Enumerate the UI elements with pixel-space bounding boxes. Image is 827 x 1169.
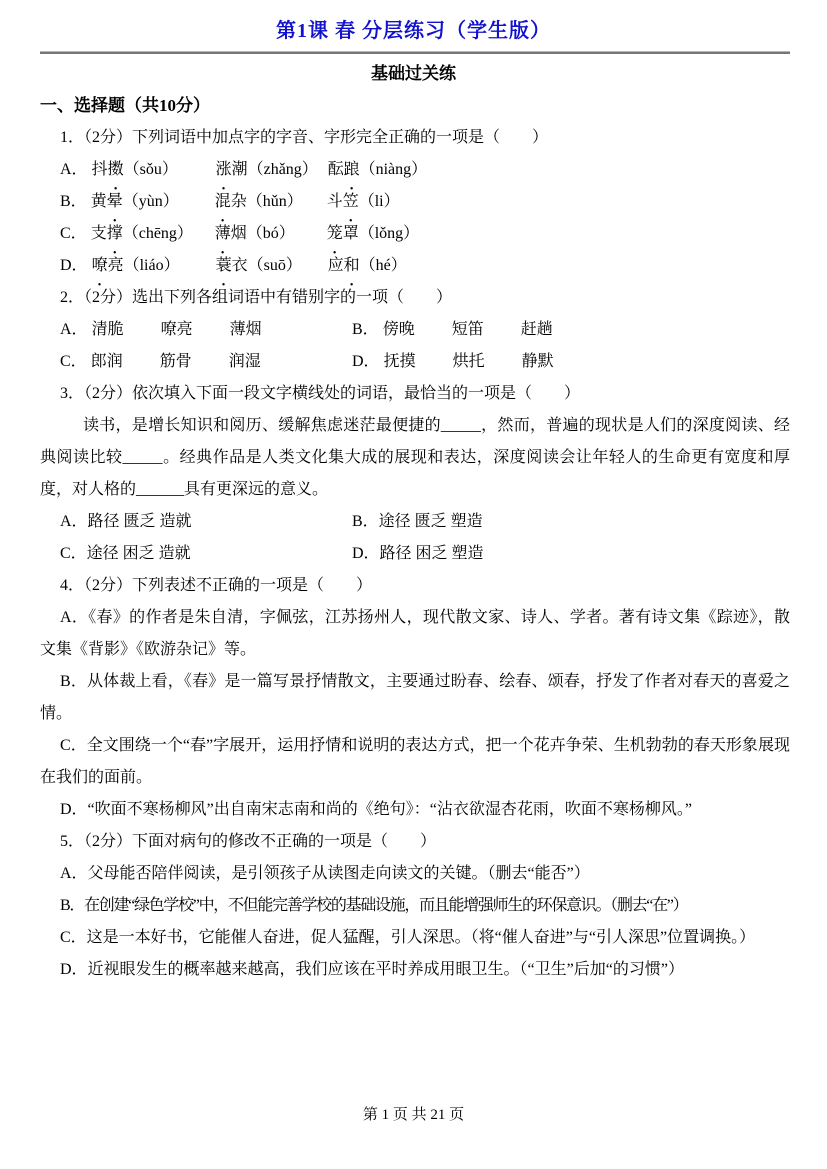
word: 筋骨 xyxy=(160,353,192,370)
question-5-stem: 5．（2分）下面对病句的修改不正确的一项是（ ） xyxy=(40,826,790,858)
pinyin: （niàng） xyxy=(360,161,428,178)
pinyin: （lǒng） xyxy=(359,225,419,242)
question-4: 4．（2分）下列表述不正确的一项是（ ） A．《春》的作者是朱自清，字佩弦，江苏… xyxy=(0,570,827,826)
pinyin: （suō） xyxy=(248,257,302,274)
pinyin: （hǔn） xyxy=(247,193,303,210)
pinyin: （sǒu） xyxy=(124,161,178,178)
option-a: A．抖擞（sǒu）涨潮（zhǎng）酝踉（niàng） xyxy=(40,154,790,186)
pinyin: （chēng） xyxy=(123,225,193,242)
question-2-row-1: A．清脆嘹亮薄烟 B．傍晚短笛赶趟 xyxy=(40,314,790,346)
dotted-char: 蓑 xyxy=(216,250,232,282)
option-a: A．《春》的作者是朱自清，字佩弦，江苏扬州人，现代散文家、诗人、学者。著有诗文集… xyxy=(40,602,790,666)
question-2-stem: 2．（2分）选出下列各组词语中有错别字的一项（ ） xyxy=(40,282,790,314)
option-b: B．在创建“绿色学校”中，不但能完善学校的基础设施，而且能增强师生的环保意识。（… xyxy=(40,890,790,922)
option-label: A． xyxy=(60,161,88,178)
word: 嘹亮 xyxy=(161,321,193,338)
option-label: D． xyxy=(352,353,380,370)
dotted-char: 薄 xyxy=(215,218,231,250)
option-a: A．清脆嘹亮薄烟 xyxy=(60,314,352,346)
option-label: C． xyxy=(60,225,87,242)
question-3: 3．（2分）依次填入下面一段文字横线处的词语，最恰当的一项是（ ） 读书，是增长… xyxy=(0,378,827,570)
section-heading: 基础过关练 xyxy=(0,58,827,90)
word-with-pinyin: 黄晕（yùn） xyxy=(91,186,215,218)
question-4-stem: 4．（2分）下列表述不正确的一项是（ ） xyxy=(40,570,790,602)
option-c: C．这是一本好书，它能催人奋进，促人猛醒，引人深思。（将“催人奋进”与“引人深思… xyxy=(40,922,790,954)
question-3-row-1: A．路径 匮乏 造就 B．途径 匮乏 塑造 xyxy=(40,506,790,538)
question-3-row-2: C．途径 困乏 造就 D．路径 困乏 塑造 xyxy=(40,538,790,570)
word: 赶趟 xyxy=(521,321,553,338)
dotted-char: 涨 xyxy=(216,154,232,186)
dotted-char: 晕 xyxy=(107,186,123,218)
word-with-pinyin: 笼罩（lǒng） xyxy=(327,218,419,250)
option-b: B．傍晚短笛赶趟 xyxy=(352,314,553,346)
word: 薄烟 xyxy=(230,321,262,338)
option-b: B．黄晕（yùn）混杂（hǔn）斗笠（li） xyxy=(40,186,790,218)
word-with-pinyin: 混杂（hǔn） xyxy=(215,186,327,218)
question-1-options: A．抖擞（sǒu）涨潮（zhǎng）酝踉（niàng）B．黄晕（yùn）混杂（h… xyxy=(0,154,827,282)
dotted-char: 笠 xyxy=(343,186,359,218)
question-5: 5．（2分）下面对病句的修改不正确的一项是（ ） A．父母能否陪伴阅读，是引领孩… xyxy=(0,826,827,986)
option-b: B．从体裁上看，《春》是一篇写景抒情散文，主要通过盼春、绘春、颂春，抒发了作者对… xyxy=(40,666,790,730)
word: 傍晚 xyxy=(383,321,415,338)
part-heading: 一、选择题（共10分） xyxy=(40,90,790,122)
option-c: C．支撑（chēng）薄烟（bó）笼罩（lǒng） xyxy=(40,218,790,250)
option-d: D．近视眼发生的概率越来越高，我们应该在平时养成用眼卫生。（“卫生”后加“的习惯… xyxy=(40,954,790,986)
word-with-pinyin: 抖擞（sǒu） xyxy=(92,154,216,186)
option-d: D．抚摸烘托静默 xyxy=(352,346,554,378)
word-with-pinyin: 薄烟（bó） xyxy=(215,218,327,250)
pinyin: （bó） xyxy=(247,225,295,242)
option-label: A． xyxy=(60,321,88,338)
page-footer: 第 1 页 共 21 页 xyxy=(0,1104,827,1126)
option-label: B． xyxy=(352,321,379,338)
option-a: A．父母能否陪伴阅读，是引领孩子从读图走向读文的关键。（删去“能否”） xyxy=(40,858,790,890)
question-3-passage: 读书，是增长知识和阅历、缓解焦虑迷茫最便捷的_____，然而，普遍的现状是人们的… xyxy=(40,410,790,506)
word-with-pinyin: 应和（hé） xyxy=(328,250,407,282)
question-3-stem: 3．（2分）依次填入下面一段文字横线处的词语，最恰当的一项是（ ） xyxy=(40,378,790,410)
question-1-stem: 1．（2分）下列词语中加点字的字音、字形完全正确的一项是（ ） xyxy=(40,122,790,154)
page-title: 第1课 春 分层练习（学生版） xyxy=(0,0,827,44)
word-with-pinyin: 支撑（chēng） xyxy=(91,218,215,250)
dotted-char: 和 xyxy=(344,250,360,282)
word-with-pinyin: 蓑衣（suō） xyxy=(216,250,328,282)
option-label: B． xyxy=(60,193,87,210)
option-b: B．途径 匮乏 塑造 xyxy=(352,506,483,538)
dotted-char: 嘹 xyxy=(92,250,108,282)
option-a: A．路径 匮乏 造就 xyxy=(60,506,352,538)
pinyin: （yùn） xyxy=(123,193,179,210)
question-2: 2．（2分）选出下列各组词语中有错别字的一项（ ） A．清脆嘹亮薄烟 B．傍晚短… xyxy=(0,282,827,378)
pinyin: （liáo） xyxy=(124,257,180,274)
word-with-pinyin: 嘹亮（liáo） xyxy=(92,250,216,282)
question-2-row-2: C．郎润筋骨润湿 D．抚摸烘托静默 xyxy=(40,346,790,378)
word: 抚摸 xyxy=(384,353,416,370)
question-1: 1．（2分）下列词语中加点字的字音、字形完全正确的一项是（ ） A．抖擞（sǒu… xyxy=(0,122,827,282)
pinyin: （hé） xyxy=(360,257,407,274)
option-c: C．途径 困乏 造就 xyxy=(60,538,352,570)
header-rule xyxy=(40,51,790,54)
option-c: C．郎润筋骨润湿 xyxy=(60,346,352,378)
option-d: D．“吹面不寒杨柳风”出自南宋志南和尚的《绝句》：“沾衣欲湿杏花雨，吹面不寒杨柳… xyxy=(40,794,790,826)
dotted-char: 笼 xyxy=(327,218,343,250)
option-label: C． xyxy=(60,353,87,370)
option-d: D．路径 困乏 塑造 xyxy=(352,538,484,570)
word-with-pinyin: 酝踉（niàng） xyxy=(328,154,428,186)
option-c: C．全文围绕一个“春”字展开，运用抒情和说明的表达方式，把一个花卉争荣、生机勃勃… xyxy=(40,730,790,794)
word-with-pinyin: 涨潮（zhǎng） xyxy=(216,154,328,186)
dotted-char: 撑 xyxy=(107,218,123,250)
dotted-char: 擞 xyxy=(108,154,124,186)
document-page: 第1课 春 分层练习（学生版） 基础过关练 一、选择题（共10分） 1．（2分）… xyxy=(0,0,827,1169)
pinyin: （zhǎng） xyxy=(248,161,318,178)
word: 清脆 xyxy=(92,321,124,338)
word: 短笛 xyxy=(452,321,484,338)
pinyin: （li） xyxy=(359,193,400,210)
option-label: D． xyxy=(60,257,88,274)
dotted-char: 混 xyxy=(215,186,231,218)
dotted-char: 踉 xyxy=(344,154,360,186)
word: 郎润 xyxy=(91,353,123,370)
option-d: D．嘹亮（liáo）蓑衣（suō）应和（hé） xyxy=(40,250,790,282)
word: 烘托 xyxy=(453,353,485,370)
word: 润湿 xyxy=(229,353,261,370)
word-with-pinyin: 斗笠（li） xyxy=(327,186,400,218)
word: 静默 xyxy=(522,353,554,370)
